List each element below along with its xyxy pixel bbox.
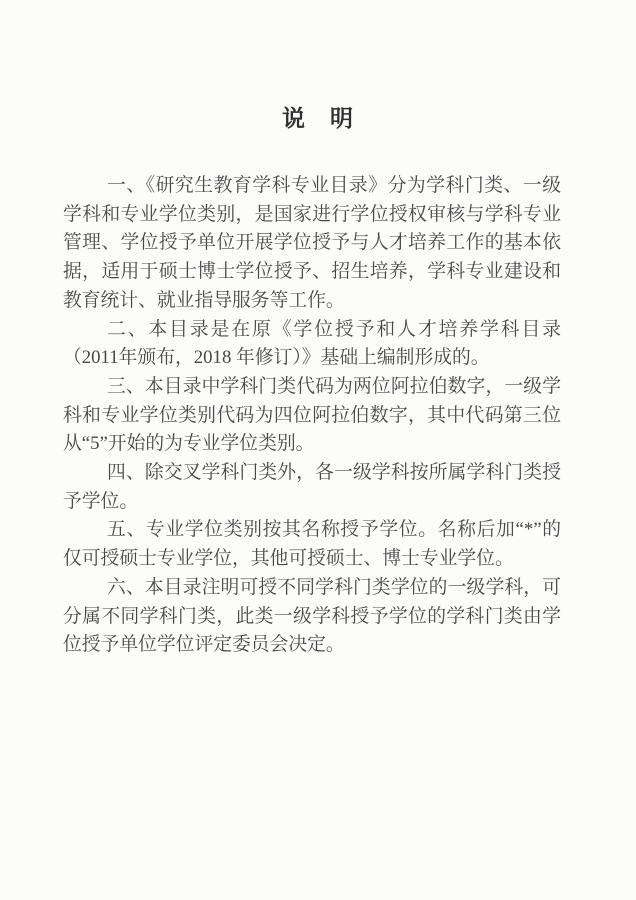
paragraph-6: 六、本目录注明可授不同学科门类学位的一级学科，可分属不同学科门类，此类一级学科授… [63,574,561,660]
paragraph-5: 五、专业学位类别按其名称授予学位。名称后加“*”的仅可授硕士专业学位，其他可授硕… [63,516,561,573]
document-body: 一、《研究生教育学科专业目录》分为学科门类、一级学科和专业学位类别，是国家进行学… [63,172,561,660]
page-title: 说 明 [0,104,636,134]
paragraph-2: 二、本目录是在原《学位授予和人才培养学科目录（2011年颁布，2018 年修订）… [63,316,561,373]
paragraph-4: 四、除交叉学科门类外，各一级学科按所属学科门类授予学位。 [63,459,561,516]
document-page: 说 明 一、《研究生教育学科专业目录》分为学科门类、一级学科和专业学位类别，是国… [0,0,636,900]
paragraph-3: 三、本目录中学科门类代码为两位阿拉伯数字，一级学科和专业学位类别代码为四位阿拉伯… [63,373,561,459]
paragraph-1: 一、《研究生教育学科专业目录》分为学科门类、一级学科和专业学位类别，是国家进行学… [63,172,561,316]
